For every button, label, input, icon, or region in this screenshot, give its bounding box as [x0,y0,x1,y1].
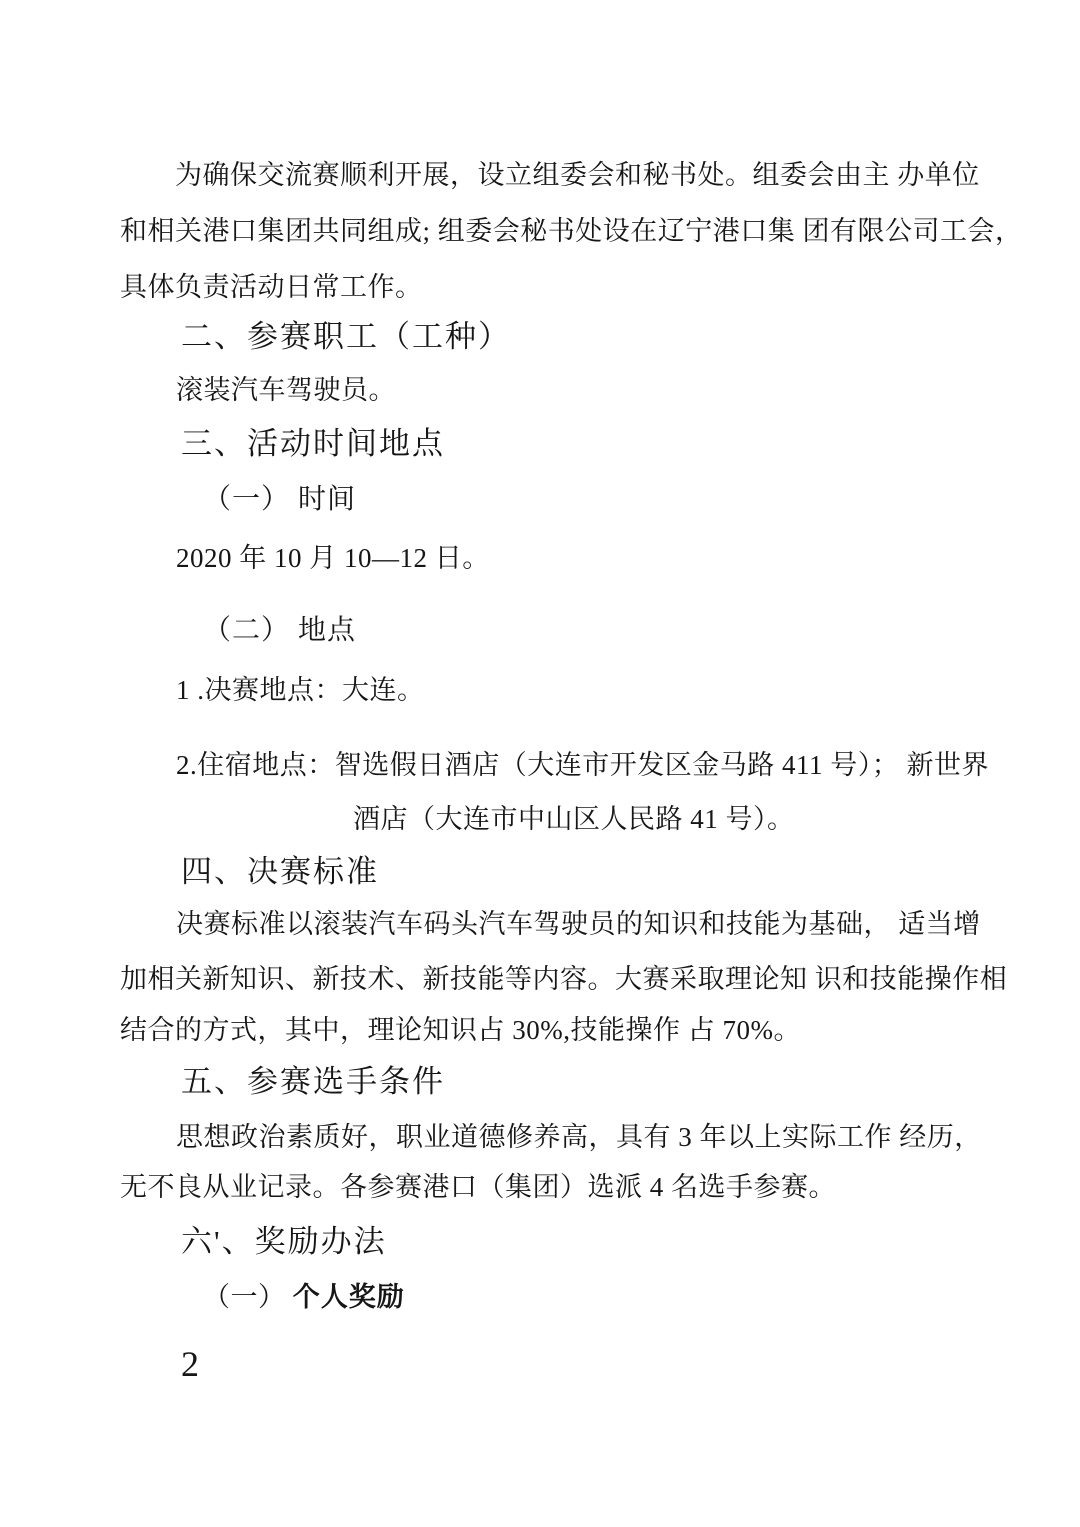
section-heading-participants: 二、参赛职工（工种） [181,319,511,355]
time-value: 2020 年 10 月 10—12 日。 [176,543,490,574]
section-heading-competitor-conditions: 五、参赛选手条件 [181,1064,445,1100]
page-number: 2 [181,1344,200,1385]
place-item-final: 1 .决赛地点：大连。 [176,675,425,706]
intro-paragraph-line-1: 为确保交流赛顺利开展，设立组委会和秘书处。组委会由主 办单位 [175,160,980,191]
section-heading-final-standard: 四、决赛标准 [181,854,379,890]
subsection-heading-place: （二） 地点 [203,615,356,647]
participants-body: 滚装汽车驾驶员。 [176,375,396,406]
place-item-hotel-line-2: 酒店（大连市中山区人民路 41 号）。 [353,804,795,835]
final-standard-line-3: 结合的方式，其中，理论知识占 30%,技能操作 占 70%。 [120,1015,801,1046]
document-page: 为确保交流赛顺利开展，设立组委会和秘书处。组委会由主 办单位 和相关港口集团共同… [0,0,1080,1527]
subsection-label: 个人奖励 [293,1282,405,1312]
intro-paragraph-line-2: 和相关港口集团共同组成; 组委会秘书处设在辽宁港口集 团有限公司工会， [120,216,1023,247]
subsection-heading-time: （一） 时间 [203,484,356,516]
competitor-conditions-line-1: 思想政治素质好，职业道德修养高，具有 3 年以上实际工作 经历， [176,1122,982,1153]
competitor-conditions-line-2: 无不良从业记录。各参赛港口（集团）选派 4 名选手参赛。 [120,1172,836,1203]
subsection-number-prefix: （一） [203,1282,293,1312]
final-standard-line-1: 决赛标准以滚装汽车码头汽车驾驶员的知识和技能为基础， 适当增 [176,909,981,940]
subsection-heading-individual-award: （一） 个人奖励 [203,1282,405,1313]
place-item-hotel-line-1: 2.住宿地点：智选假日酒店（大连市开发区金马路 411 号）； 新世界 [176,750,989,781]
final-standard-line-2: 加相关新知识、新技术、新技能等内容。大赛采取理论知 识和技能操作相 [120,964,1007,995]
intro-paragraph-line-3: 具体负责活动日常工作。 [120,272,423,303]
section-heading-award-method: 六'、奖励办法 [181,1224,387,1260]
section-heading-time-place: 三、活动时间地点 [181,426,445,462]
